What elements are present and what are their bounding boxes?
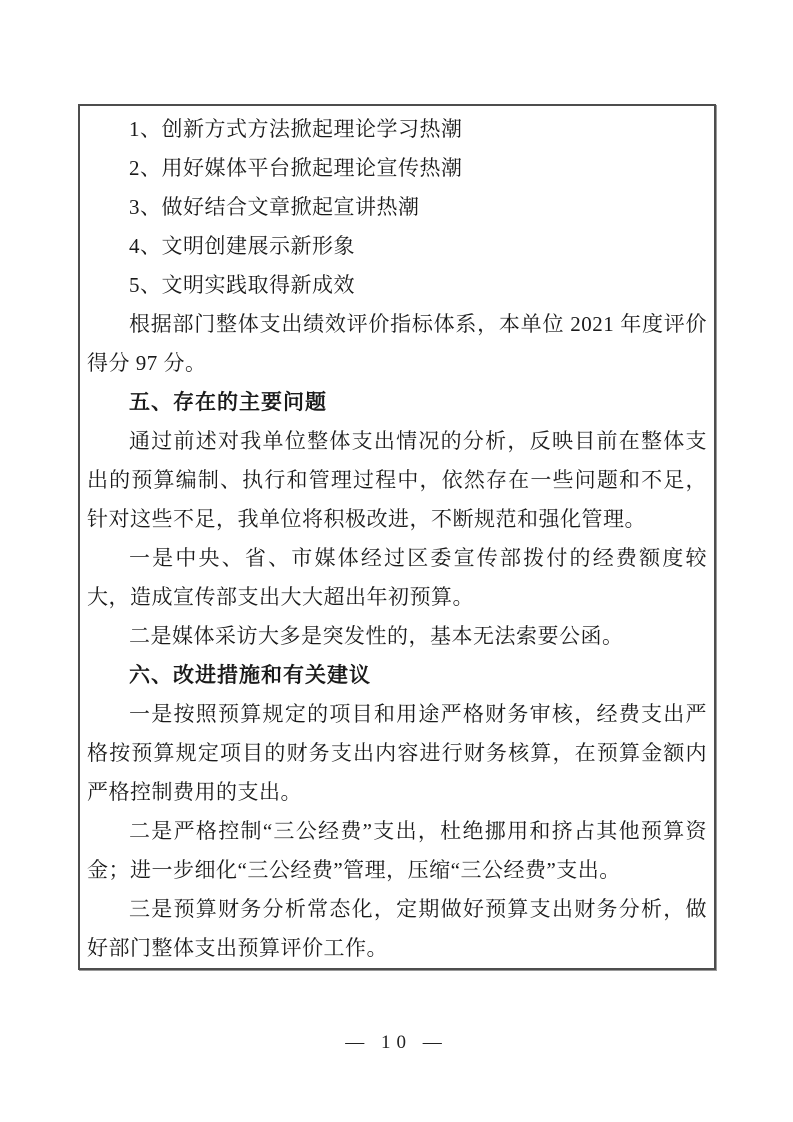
section-6-paragraph-1: 一是按照预算规定的项目和用途严格财务审核，经费支出严格按预算规定项目的财务支出内… — [87, 695, 707, 812]
content-border-box: 1、创新方式方法掀起理论学习热潮 2、用好媒体平台掀起理论宣传热潮 3、做好结合… — [78, 104, 716, 970]
score-paragraph: 根据部门整体支出绩效评价指标体系，本单位 2021 年度评价得分 97 分。 — [87, 305, 707, 383]
section-6-paragraph-3: 三是预算财务分析常态化，定期做好预算支出财务分析，做好部门整体支出预算评价工作。 — [87, 890, 707, 968]
list-item-3: 3、做好结合文章掀起宣讲热潮 — [87, 188, 707, 227]
section-5-paragraph-1: 通过前述对我单位整体支出情况的分析，反映目前在整体支出的预算编制、执行和管理过程… — [87, 422, 707, 539]
list-item-2: 2、用好媒体平台掀起理论宣传热潮 — [87, 149, 707, 188]
section-6-heading: 六、改进措施和有关建议 — [87, 656, 707, 695]
section-5-paragraph-2: 一是中央、省、市媒体经过区委宣传部拨付的经费额度较大，造成宣传部支出大大超出年初… — [87, 539, 707, 617]
list-item-5: 5、文明实践取得新成效 — [87, 266, 707, 305]
section-5-heading: 五、存在的主要问题 — [87, 383, 707, 422]
section-5-paragraph-3: 二是媒体采访大多是突发性的，基本无法索要公函。 — [87, 617, 707, 656]
list-item-1: 1、创新方式方法掀起理论学习热潮 — [87, 110, 707, 149]
page-number: — 10 — — [345, 1032, 448, 1053]
document-page: 1、创新方式方法掀起理论学习热潮 2、用好媒体平台掀起理论宣传热潮 3、做好结合… — [0, 0, 793, 1122]
section-6-paragraph-2: 二是严格控制“三公经费”支出，杜绝挪用和挤占其他预算资金；进一步细化“三公经费”… — [87, 812, 707, 890]
page-footer: — 10 — — [0, 1032, 793, 1054]
list-item-4: 4、文明创建展示新形象 — [87, 227, 707, 266]
